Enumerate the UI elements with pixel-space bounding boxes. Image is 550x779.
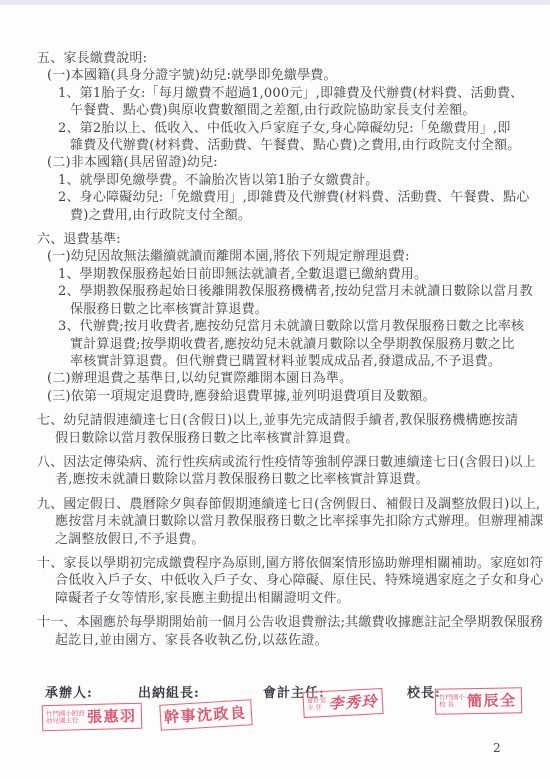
doc-line: (三)依第一項規定退費時,應發給退費單據,並列明退費項目及數額。 bbox=[0, 388, 550, 405]
doc-line: 2、學期教保服務起始日後離開教保服務機構者,按幼兒當月未就讀日數除以當月教 bbox=[0, 283, 550, 300]
signature-row: 承辦人:竹門國小附設幼兒園主任張惠羽出納組長:幹事沈政良會計主任:會計室主 任李… bbox=[0, 682, 550, 772]
doc-line: (一)本國籍(具身分證字號)幼兒:就學即免繳學費。 bbox=[0, 67, 550, 84]
signature-stamp: 會計室主 任李秀玲 bbox=[302, 688, 383, 718]
stamp-name: 幹事沈政良 bbox=[163, 702, 247, 728]
signature-stamp: 竹門國小附設幼兒園主任張惠羽 bbox=[42, 703, 142, 732]
stamp-title-text: 會計室主 任 bbox=[307, 696, 327, 711]
scanned-document-page: 五、家長繳費說明:(一)本國籍(具身分證字號)幼兒:就學即免繳學費。1、第1胎子… bbox=[0, 0, 550, 779]
signer-block: 出納組長:幹事沈政良 bbox=[138, 682, 200, 701]
doc-line: (一)幼兒因故無法繼續就讀而離開本園,將依下列規定辦理退費: bbox=[0, 248, 550, 265]
doc-line: 1、學期教保服務起始日前即無法就讀者,全數退還已繳納費用。 bbox=[0, 266, 550, 283]
signer-block: 校長:竹門國小校 長簡辰全 bbox=[407, 682, 441, 701]
doc-line: 2、第2胎以上、低收入、中低收入戶家庭子女,身心障礙幼兒:「免繳費用」,即 bbox=[0, 120, 550, 137]
doc-line: 應按當月未就讀日數除以當月教保服務日數之比率採事先扣除方式辦理。但辦理補課 bbox=[0, 513, 550, 530]
doc-line: 七、幼兒請假連續達七日(含假日)以上,並事先完成請假手續者,教保服務機構應按請 bbox=[0, 412, 550, 429]
doc-line: 者,應按未就讀日數除以當月教保服務日數之比率核實計算退費。 bbox=[0, 471, 550, 488]
doc-line: 合低收入戶子女、中低收入戶子女、身心障礙、原住民、特殊境遇家庭之子女和身心 bbox=[0, 572, 550, 589]
doc-line: 五、家長繳費說明: bbox=[0, 50, 550, 67]
doc-line: (二)非本國籍(具居留證)幼兒: bbox=[0, 154, 550, 171]
document-body: 五、家長繳費說明:(一)本國籍(具身分證字號)幼兒:就學即免繳學費。1、第1胎子… bbox=[0, 50, 550, 649]
doc-line: 假日數除以當月教保服務日數之比率核實計算退費。 bbox=[0, 430, 550, 447]
doc-line: 十、家長以學期初完成繳費程序為原則,園方將依個案情形協助辦理相關補助。家庭如符 bbox=[0, 555, 550, 572]
signer-block: 會計主任:會計室主 任李秀玲 bbox=[263, 682, 325, 701]
doc-line: 2、身心障礙幼兒:「免繳費用」,即雜費及代辦費(材料費、活動費、午餐費、點心 bbox=[0, 189, 550, 206]
doc-line: 午餐費、點心費)與原收費數額間之差額,由行政院協助家長支付差額。 bbox=[0, 102, 550, 119]
stamp-name: 李秀玲 bbox=[328, 690, 379, 714]
scan-edge-artifact bbox=[0, 0, 550, 5]
doc-line: 十一、本園應於每學期開始前一個月公告收退費辦法;其繳費收據應註記全學期教保服務 bbox=[0, 614, 550, 631]
doc-line: 之調整放假日,不予退費。 bbox=[0, 531, 550, 548]
doc-line: 雜費及代辦費(材料費、活動費、午餐費、點心費)之費用,由行政院支付全額。 bbox=[0, 137, 550, 154]
stamp-name: 張惠羽 bbox=[87, 705, 137, 727]
doc-line: 九、國定假日、農曆除夕與春節假期連續達七日(含例假日、補假日及調整放假日)以上, bbox=[0, 496, 550, 513]
signer-block: 承辦人:竹門國小附設幼兒園主任張惠羽 bbox=[45, 682, 93, 701]
doc-line: 八、因法定傳染病、流行性疾病或流行性疫情等強制停課日數連續達七日(含假日)以上 bbox=[0, 454, 550, 471]
stamp-name: 簡辰全 bbox=[467, 689, 517, 711]
doc-line: 起訖日,並由園方、家長各收執乙份,以茲佐證。 bbox=[0, 632, 550, 649]
stamp-title-text: 竹門國小附設幼兒園主任 bbox=[46, 710, 85, 725]
doc-line: 3、代辦費;按月收費者,應按幼兒當月未就讀日數除以當月教保服務日數之比率核 bbox=[0, 318, 550, 335]
page-number: 2 bbox=[493, 741, 501, 755]
doc-line: 率核實計算退費。但代辦費已購置材料並製成成品者,發還成品,不予退費。 bbox=[0, 353, 550, 370]
doc-line: 六、退費基準: bbox=[0, 231, 550, 248]
doc-line: 障礙者子女等情形,家長應主動提出相關證明文件。 bbox=[0, 590, 550, 607]
doc-line: 保服務日數之比率核實計算退費。 bbox=[0, 301, 550, 318]
doc-line: 1、就學即免繳學費。不論胎次皆以第1胎子女繳費計。 bbox=[0, 172, 550, 189]
doc-line: 實計算退費;按學期收費者,應按幼兒未就讀月數除以全學期教保服務月數之比 bbox=[0, 336, 550, 353]
doc-line: (二)辦理退費之基準日,以幼兒實際離開本園日為準。 bbox=[0, 370, 550, 387]
doc-line: 費)之費用,由行政院支付全額。 bbox=[0, 207, 550, 224]
signature-stamp: 幹事沈政良 bbox=[159, 699, 252, 731]
stamp-title-text: 竹門國小校 長 bbox=[439, 694, 465, 708]
signer-label: 承辦人: bbox=[45, 686, 93, 701]
signer-label: 出納組長: bbox=[138, 686, 200, 701]
signature-stamp: 竹門國小校 長簡辰全 bbox=[435, 687, 522, 715]
doc-line: 1、第1胎子女:「每月繳費不超過1,000元」,即雜費及代辦費(材料費、活動費、 bbox=[0, 85, 550, 102]
